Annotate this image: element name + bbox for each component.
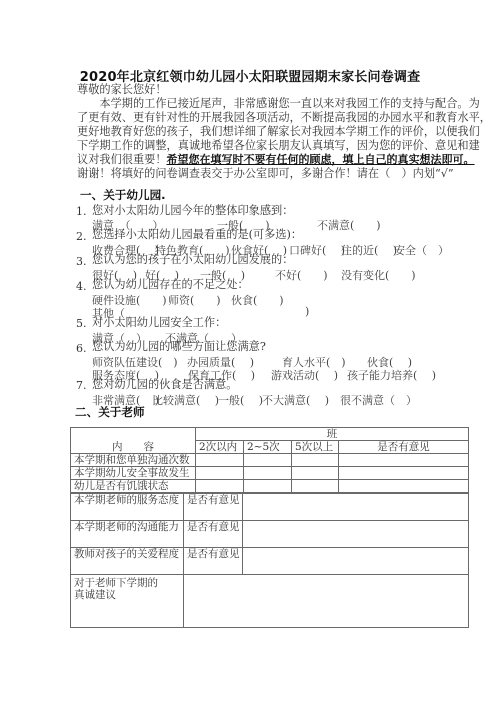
suggestion-label-line: 对于老师下学期的 [74, 577, 180, 589]
table-row: 教师对孩子的关爱程度 是否有意见 [71, 548, 469, 575]
question-text: 您认为幼儿园的哪些方面让您满意? [92, 340, 266, 354]
intro-emphasis: 希望您在填写时不要有任何的顾虑，填上自己的真实想法即可。 [167, 153, 475, 166]
question-text: 您认为幼儿园存在的不足之处： [92, 278, 249, 292]
row-label: 幼儿是否有饥饿状态 [71, 480, 196, 493]
opinion-cell[interactable] [243, 548, 469, 575]
row-label: 教师对孩子的关爱程度 [71, 548, 184, 575]
question-text: 您对幼儿园的伙食是否满意。 [92, 378, 237, 392]
option-checkbox[interactable]: 很不满意（ ） [340, 392, 417, 408]
opinion-cell[interactable] [243, 521, 469, 548]
column-header: 是否有意见 [339, 441, 469, 454]
option-checkbox[interactable]: 一般( ) [218, 392, 263, 408]
option-checkbox[interactable]: 口碑好( ) [289, 242, 345, 258]
row-label: 本学期老师的沟通能力 [71, 521, 184, 548]
content-header: 内 容 [71, 428, 196, 454]
table-row: 本学期和您单独沟通次数 [71, 454, 469, 467]
table-row: 本学期幼儿安全事故发生 [71, 467, 469, 480]
other-input-close: ) [305, 305, 309, 318]
table-row: 本学期老师的服务态度 是否有意见 [71, 494, 469, 521]
option-checkbox[interactable]: 比较满意( ) [152, 392, 219, 408]
question-text: 您对小太阳幼儿园今年的整体印象感到： [92, 204, 293, 218]
option-checkbox[interactable]: 不好( ) [275, 267, 328, 283]
teacher-evaluation-table: 内 容 班 2次以内 2~5次 5次以上 是否有意见 本学期和您单独沟通次数 本… [70, 427, 469, 493]
suggestion-label: 对于老师下学期的 真诚建议 [71, 575, 184, 628]
column-header: 2次以内 [196, 441, 244, 454]
question-number: 5. [76, 317, 87, 330]
row-prompt: 是否有意见 [184, 521, 243, 548]
section-heading-kindergarten: 一、关于幼儿园. [80, 187, 166, 203]
question-number: 3. [76, 255, 87, 268]
option-checkbox[interactable]: 师资( ) [168, 292, 221, 308]
option-checkbox[interactable]: 不满意( ) [317, 217, 381, 233]
class-header: 班 [196, 428, 469, 441]
question-number: 4. [76, 280, 87, 293]
intro-line: 议对我们很重要！希望您在填写时不要有任何的顾虑，填上自己的真实想法即可。 [77, 153, 475, 167]
greeting: 尊敬的家长您好！ [77, 83, 167, 97]
column-header: 2~5次 [244, 441, 292, 454]
question-text: 您选择小太阳幼儿园最看重的是(可多选)： [92, 228, 302, 242]
row-label: 本学期和您单独沟通次数 [71, 454, 196, 467]
table-row: 幼儿是否有饥饿状态 [71, 480, 469, 493]
intro-paragraph: 本学期的工作已接近尾声，非常感谢您一直以来对我园工作的支持与配合。为 了更有效、… [77, 97, 441, 181]
answer-cell[interactable] [339, 467, 469, 480]
answer-cell[interactable] [196, 480, 244, 493]
section-heading-teachers: 二、关于老师 [75, 404, 145, 420]
question-text: 您认为您的孩子在小太阳幼儿园发展的： [92, 253, 293, 267]
question-number: 6. [76, 342, 87, 355]
option-checkbox[interactable]: 伙食( ) [231, 292, 284, 308]
suggestion-cell[interactable] [184, 575, 469, 628]
answer-cell[interactable] [292, 454, 339, 467]
intro-line: 更好地教育好您的孩子，我们想详细了解家长对我园本学期工作的评价，以便我们 [77, 125, 480, 139]
answer-cell[interactable] [292, 467, 339, 480]
table-row: 本学期老师的沟通能力 是否有意见 [71, 521, 469, 548]
option-checkbox[interactable]: 不大满意( ) [262, 392, 329, 408]
intro-line: 了更有效、更有针对性的开展我园各项活动，不断提高我园的办园水平和教育水平， [77, 111, 491, 125]
intro-line: 下学期工作的调整，真诚地希望各位家长朋友认真填写，因为您的评价、意见和建 [77, 139, 480, 153]
option-checkbox[interactable]: 住的近( ) [341, 242, 397, 258]
opinion-cell[interactable] [243, 494, 469, 521]
answer-cell[interactable] [244, 480, 292, 493]
answer-cell[interactable] [292, 480, 339, 493]
intro-line-prefix: 议对我们很重要！ [77, 153, 167, 166]
answer-cell[interactable] [339, 454, 469, 467]
answer-cell[interactable] [244, 467, 292, 480]
answer-cell[interactable] [339, 480, 469, 493]
column-header: 5次以上 [292, 441, 339, 454]
row-label: 本学期幼儿安全事故发生 [71, 467, 196, 480]
question-number: 2. [76, 230, 87, 243]
row-prompt: 是否有意见 [184, 548, 243, 575]
option-checkbox[interactable]: 没有变化( ) [341, 267, 416, 283]
intro-line: 本学期的工作已接近尾声，非常感谢您一直以来对我园工作的支持与配合。为 [77, 97, 480, 111]
document-title: 2020年北京红领巾幼儿园小太阳联盟园期末家长问卷调查 [0, 66, 500, 85]
suggestion-label-line: 真诚建议 [74, 589, 180, 601]
teacher-opinion-table: 本学期老师的服务态度 是否有意见 本学期老师的沟通能力 是否有意见 教师对孩子的… [70, 493, 469, 628]
option-checkbox[interactable]: 游戏活动( ) [271, 367, 338, 383]
option-checkbox[interactable]: 安全（ ） [394, 242, 449, 258]
row-label: 本学期老师的服务态度 [71, 494, 184, 521]
row-prompt: 是否有意见 [184, 494, 243, 521]
answer-cell[interactable] [196, 467, 244, 480]
question-text: 对小太阳幼儿园安全工作： [92, 316, 226, 330]
question-number: 1. [76, 205, 87, 218]
question-number: 7. [76, 379, 87, 392]
answer-cell[interactable] [244, 454, 292, 467]
intro-line: 谢谢！将填好的问卷调查表交于办公室即可，多谢合作！请在（ ）内划“√” [77, 167, 454, 181]
answer-cell[interactable] [196, 454, 244, 467]
option-checkbox[interactable]: 孩子能力培养( ) [347, 367, 436, 383]
table-row: 对于老师下学期的 真诚建议 [71, 575, 469, 628]
